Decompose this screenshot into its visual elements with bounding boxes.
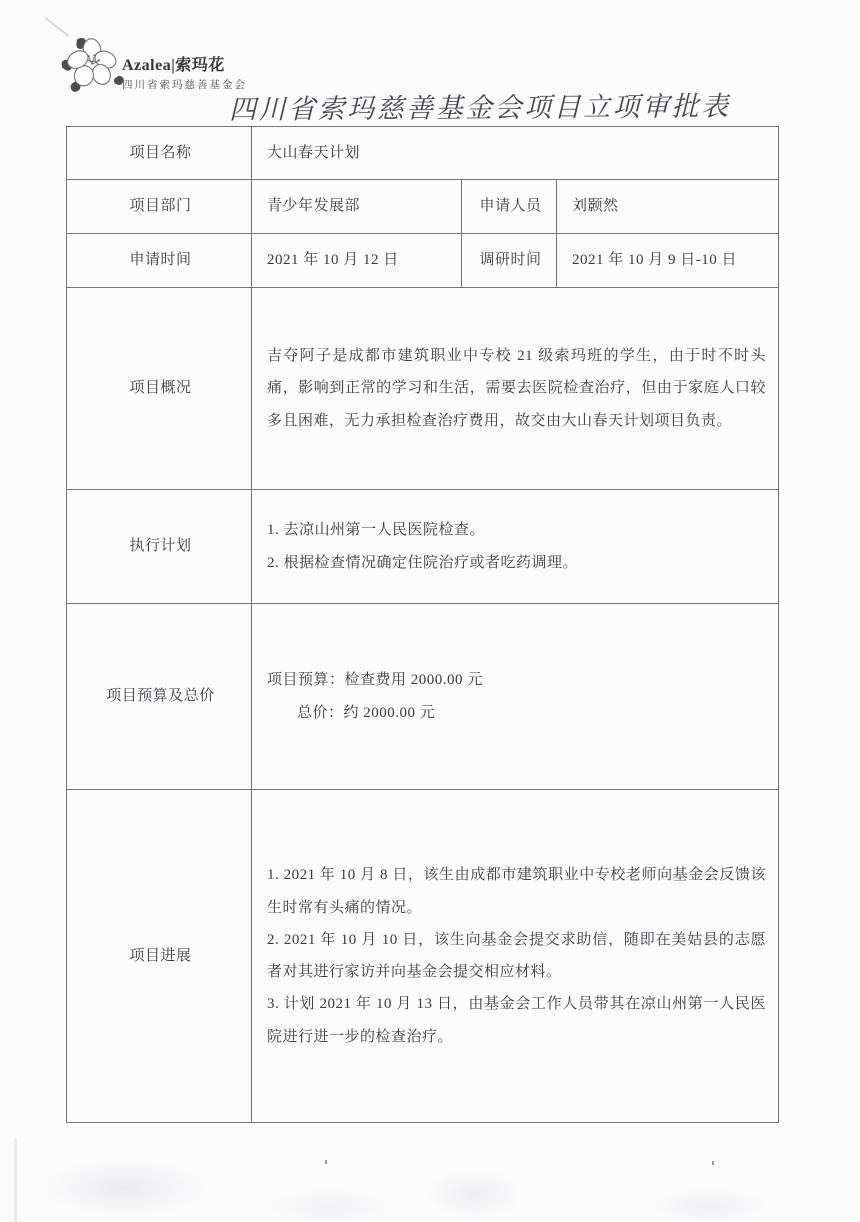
- approval-form-table: 项目名称 大山春天计划 项目部门 青少年发展部 申请人员 刘颢然 申请时间 20…: [66, 126, 779, 1123]
- logo-text: Azalea|索玛花 四川省索玛慈善基金会: [122, 52, 247, 92]
- project-name-value: 大山春天计划: [252, 127, 779, 180]
- budget-value: 项目预算：检查费用 2000.00 元 总价：约 2000.00 元: [252, 604, 779, 790]
- research-time-label: 调研时间: [462, 234, 557, 288]
- progress-item: 2. 2021 年 10 月 10 日，该生向基金会提交求助信，随即在美姑县的志…: [267, 924, 766, 989]
- apply-time-label: 申请时间: [67, 234, 252, 288]
- progress-item: 1. 2021 年 10 月 8 日，该生由成都市建筑职业中专校老师向基金会反馈…: [267, 859, 766, 924]
- form-title: 四川省索玛慈善基金会项目立项审批表: [229, 84, 731, 127]
- budget-line: 总价：约 2000.00 元: [267, 697, 766, 729]
- project-name-label: 项目名称: [67, 127, 252, 180]
- scan-speck: [712, 1161, 714, 1165]
- department-value: 青少年发展部: [252, 180, 462, 234]
- execution-plan-label: 执行计划: [67, 490, 252, 604]
- scan-smudge: [40, 1158, 210, 1218]
- foundation-logo: Azalea|索玛花 四川省索玛慈善基金会: [56, 34, 247, 98]
- scan-smudge: [265, 1188, 395, 1222]
- overview-paragraph: 吉夺阿子是成都市建筑职业中专校 21 级索玛班的学生，由于时不时头痛，影响到正常…: [267, 340, 766, 437]
- row-progress: 项目进展 1. 2021 年 10 月 8 日，该生由成都市建筑职业中专校老师向…: [67, 790, 779, 1123]
- row-department-applicant: 项目部门 青少年发展部 申请人员 刘颢然: [67, 180, 779, 234]
- progress-item: 3. 计划 2021 年 10 月 13 日，由基金会工作人员带其在凉山州第一人…: [267, 988, 766, 1053]
- row-project-name: 项目名称 大山春天计划: [67, 127, 779, 180]
- department-label: 项目部门: [67, 180, 252, 234]
- logo-name: Azalea|索玛花: [122, 52, 247, 75]
- row-overview: 项目概况 吉夺阿子是成都市建筑职业中专校 21 级索玛班的学生，由于时不时头痛，…: [67, 288, 779, 490]
- applicant-value: 刘颢然: [557, 180, 779, 234]
- row-times: 申请时间 2021 年 10 月 12 日 调研时间 2021 年 10 月 9…: [67, 234, 779, 288]
- scanned-approval-form-page: Azalea|索玛花 四川省索玛慈善基金会 四川省索玛慈善基金会项目立项审批表 …: [0, 0, 860, 1222]
- execution-plan-line: 1. 去凉山州第一人民医院检查。: [267, 514, 766, 546]
- apply-time-value: 2021 年 10 月 12 日: [252, 234, 462, 288]
- execution-plan-line: 2. 根据检查情况确定住院治疗或者吃药调理。: [267, 547, 766, 579]
- progress-label: 项目进展: [67, 790, 252, 1123]
- budget-label: 项目预算及总价: [67, 604, 252, 790]
- execution-plan-value: 1. 去凉山州第一人民医院检查。 2. 根据检查情况确定住院治疗或者吃药调理。: [252, 490, 779, 604]
- overview-label: 项目概况: [67, 288, 252, 490]
- azalea-flower-icon: [56, 34, 132, 98]
- applicant-label: 申请人员: [462, 180, 557, 234]
- overview-value: 吉夺阿子是成都市建筑职业中专校 21 级索玛班的学生，由于时不时头痛，影响到正常…: [252, 288, 779, 490]
- scan-smudge: [650, 1188, 770, 1222]
- budget-line: 项目预算：检查费用 2000.00 元: [267, 664, 766, 696]
- row-execution-plan: 执行计划 1. 去凉山州第一人民医院检查。 2. 根据检查情况确定住院治疗或者吃…: [67, 490, 779, 604]
- progress-value: 1. 2021 年 10 月 8 日，该生由成都市建筑职业中专校老师向基金会反馈…: [252, 790, 779, 1123]
- scan-speck: [325, 1160, 327, 1164]
- research-time-value: 2021 年 10 月 9 日-10 日: [557, 234, 779, 288]
- scan-smudge: [425, 1168, 525, 1220]
- row-budget: 项目预算及总价 项目预算：检查费用 2000.00 元 总价：约 2000.00…: [67, 604, 779, 790]
- scan-edge-line: [14, 1138, 17, 1222]
